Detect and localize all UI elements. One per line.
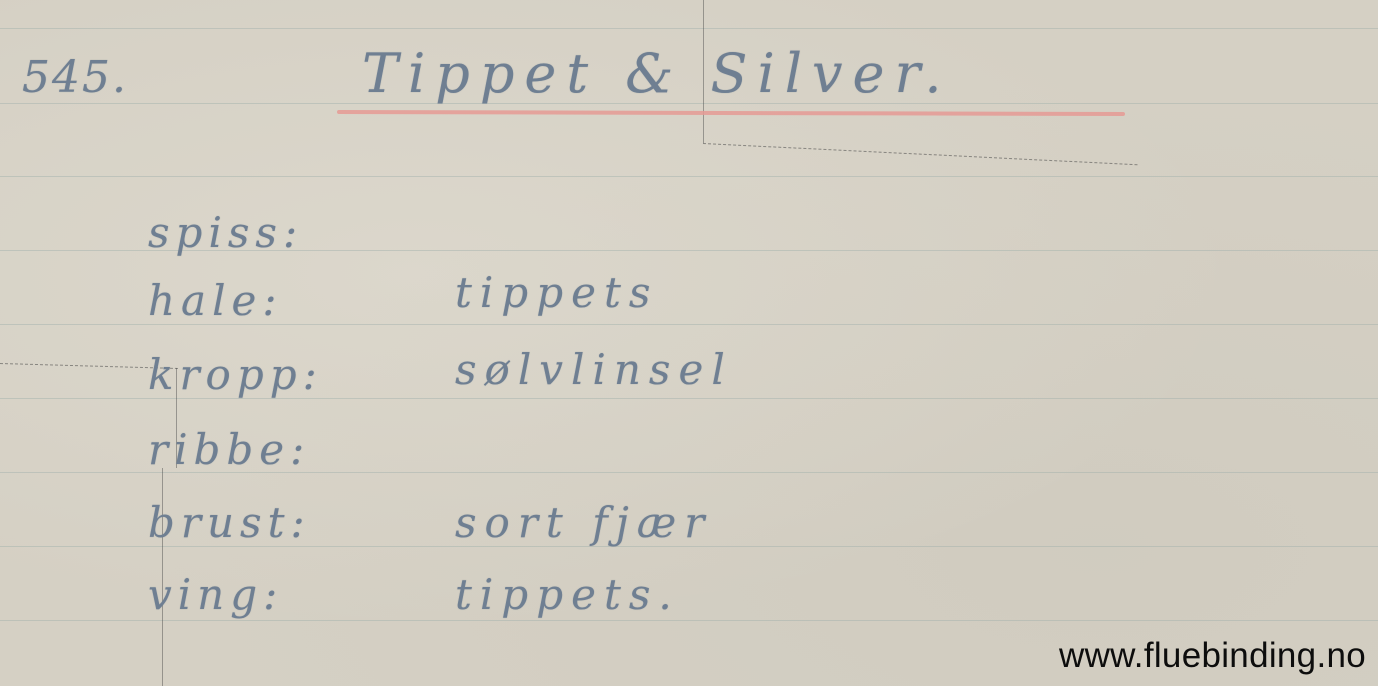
field-value-hale: tippets (455, 268, 658, 317)
field-value-brust: sort fjær (455, 498, 712, 547)
title-underline (337, 110, 1125, 116)
ruled-line (0, 176, 1378, 177)
field-label-ribbe: ribbe: (148, 425, 310, 474)
pattern-title: Tippet & Silver. (362, 42, 952, 105)
field-label-hale: hale: (148, 276, 283, 325)
entry-number: 545. (22, 52, 128, 103)
guide-line-dashed (703, 143, 1138, 165)
notebook-page: 545. Tippet & Silver. spiss: hale: tippe… (0, 0, 1378, 686)
field-value-ving: tippets. (455, 570, 680, 619)
ruled-line (0, 620, 1378, 621)
field-value-kropp: sølvlinsel (455, 345, 733, 394)
field-label-ving: ving: (148, 570, 283, 619)
watermark-url: www.fluebinding.no (1059, 636, 1366, 676)
field-label-kropp: kropp: (148, 350, 323, 399)
field-label-spiss: spiss: (148, 208, 303, 257)
ruled-line (0, 28, 1378, 29)
field-label-brust: brust: (148, 498, 311, 547)
